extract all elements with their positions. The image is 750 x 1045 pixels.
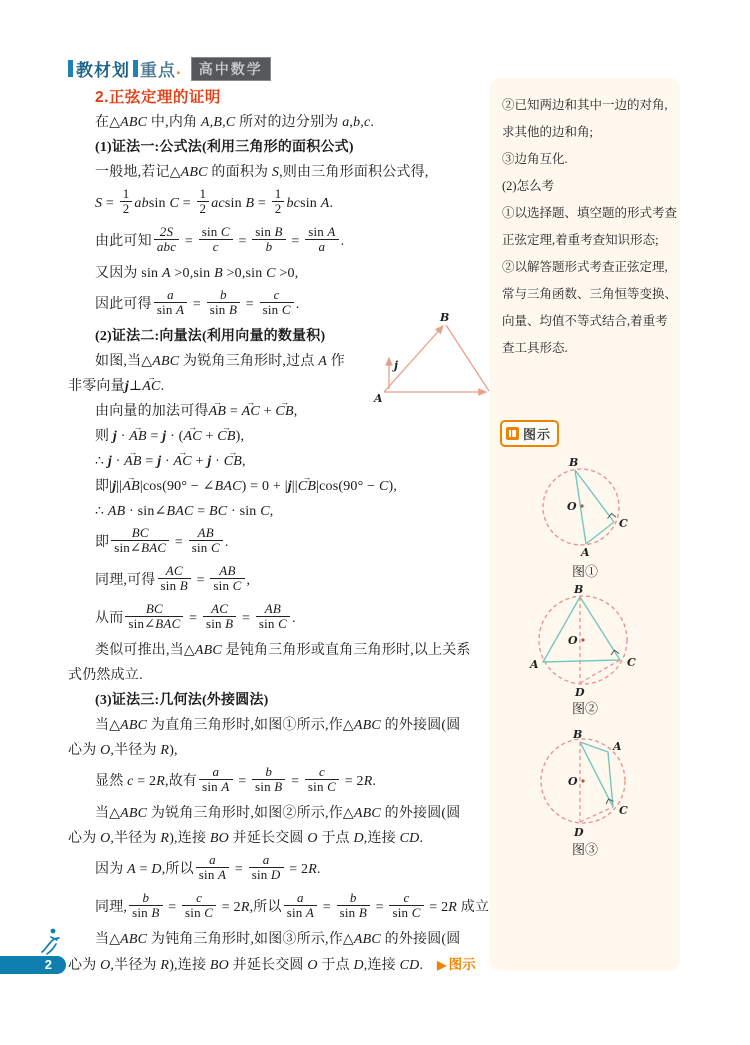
fraction: csin C [389, 891, 423, 921]
math-var: R [160, 743, 169, 758]
text-run: ,所以 [162, 862, 194, 877]
text-run: 并延长交圆 [229, 958, 307, 973]
math-var: A [176, 302, 184, 317]
text-run: = [319, 900, 335, 915]
vector-term: AB [122, 474, 140, 499]
math-var: BC [146, 601, 163, 616]
vector-term: AC [142, 374, 160, 399]
text-run: sin [300, 196, 321, 211]
text-run: sin [206, 616, 225, 631]
content-line: 因为 A = D,所以asin A = asin D = 2R. [68, 851, 498, 889]
fraction-denominator: c [199, 239, 233, 255]
math-var: C [169, 196, 179, 211]
text-run: sin [202, 224, 221, 239]
fraction: asin D [249, 853, 284, 883]
text-run: 从而 [95, 611, 123, 626]
text-run: . [317, 862, 321, 877]
text-run: = 2 [286, 862, 309, 877]
text-run: 当△ [95, 718, 120, 733]
text-run: sin∠ [128, 616, 155, 631]
subject-badge: 高中数学 [191, 57, 271, 81]
text-run: 即| [95, 479, 112, 494]
text-run: sin [259, 616, 278, 631]
math-var: b [350, 890, 357, 905]
brand-title-right: 重点 [140, 56, 176, 81]
text-run: . [225, 535, 229, 550]
fraction: asin A [196, 853, 229, 883]
text-run: 中,内角 [147, 115, 201, 130]
math-var: C [282, 302, 291, 317]
text-run: ⊥ [129, 379, 142, 394]
math-var: ABC [354, 932, 381, 947]
content-line: (1)证法一:公式法(利用三角形的面积公式) [68, 135, 498, 160]
text-run: >0,sin [171, 266, 214, 281]
text-run: 于点 [318, 958, 354, 973]
math-var: D [151, 862, 161, 877]
page-number-bar: 2 [0, 956, 66, 974]
math-var: B [180, 578, 188, 593]
center-label-o: O [567, 500, 577, 513]
text-run: = 2 [426, 900, 449, 915]
math-var: c [404, 890, 410, 905]
text-run: 如图,当△ [95, 354, 152, 369]
text-run: |cos(90° − [316, 479, 379, 494]
fraction: ACsin B [158, 564, 191, 594]
text-run: sin [199, 867, 218, 882]
text-run: 当△ [95, 932, 120, 947]
math-var: c [319, 764, 325, 779]
text-run: 式仍然成立. [68, 668, 143, 683]
content-line: 心为 O,半径为 R), [68, 738, 498, 763]
vertex-label-b: B [573, 583, 583, 596]
content-line: 显然 c = 2R,故有asin A = bsin B = csin C = 2… [68, 763, 498, 801]
circumcircle-acute-triangle-svg: B A C D O [523, 582, 647, 700]
text-run: ,连接 [364, 831, 400, 846]
content-line: 心为 O,半径为 R),连接 BO 并延长交圆 O 于点 D,连接 CD.▶图示 [68, 952, 498, 977]
fraction: ACsin B [203, 602, 236, 632]
fraction-denominator: sin C [210, 578, 244, 594]
fraction-numerator: 1 [197, 187, 210, 202]
math-var: A [218, 867, 226, 882]
vertex-label-d: D [573, 826, 584, 839]
content-line: (3)证法三:几何法(外接圆法) [68, 688, 498, 713]
text-run: , [270, 504, 274, 519]
math-var: AB [265, 601, 281, 616]
fraction-numerator: b [207, 288, 240, 303]
math-var: ABC [120, 718, 147, 733]
text-run: 心为 [68, 958, 100, 973]
math-var: B [214, 266, 223, 281]
brand-title-left: 教材划 [76, 56, 130, 81]
text-run: ),连接 [169, 958, 210, 973]
fraction-numerator: b [252, 765, 285, 780]
math-var: ABC [354, 718, 381, 733]
math-var: B [245, 196, 254, 211]
fraction: BCsin∠BAC [111, 526, 169, 556]
figure-link-label: 图示 [449, 957, 476, 972]
text-run: 非零向量 [68, 379, 125, 394]
fraction-numerator: a [196, 853, 229, 868]
math-var: C [260, 504, 270, 519]
text-run: = [194, 504, 210, 519]
text-run: sin [308, 224, 327, 239]
illustration-badge: 图示 [500, 420, 559, 447]
math-var: C [211, 540, 220, 555]
text-run: ), [169, 743, 178, 758]
fraction-denominator: sin B [252, 779, 285, 795]
math-var: D [271, 867, 281, 882]
math-var: BO [210, 831, 229, 846]
text-run: ,则由三角形面积公式得, [279, 165, 428, 180]
content-line: 同理,bsin B = csin C = 2R,所以asin A = bsin … [68, 889, 498, 927]
text-run: 因为 [95, 862, 127, 877]
text-run: sin [263, 302, 282, 317]
text-run: >0,sin [223, 266, 266, 281]
text-run: = [254, 196, 270, 211]
fraction: sin Cc [199, 225, 233, 255]
text-run: · sin∠ [125, 504, 166, 519]
text-run: = [238, 611, 254, 626]
text-run: 所对的边分别为 [235, 115, 342, 130]
math-var: A [221, 779, 229, 794]
text-run: + [202, 429, 218, 444]
math-var: b [220, 287, 227, 302]
circle-figure-1: B A C O 图① [490, 455, 680, 580]
note-line: 正弦定理,着重考查知识形态; [502, 227, 670, 254]
figure-link[interactable]: ▶图示 [437, 957, 476, 972]
vertex-label-d: D [574, 686, 585, 699]
note-line: 向量、均值不等式结合,着重考 [502, 308, 670, 335]
math-var: C [233, 578, 242, 593]
text-run: = 2 [341, 774, 364, 789]
text-run: sin [213, 578, 232, 593]
text-run: = [235, 234, 251, 249]
math-var: 2S [160, 224, 173, 239]
fraction-denominator: sin C [182, 905, 216, 921]
vector-term: CB [275, 399, 293, 424]
vector-term: CB [224, 449, 242, 474]
content-line: 一般地,若记△ABC 的面积为 S,则由三角形面积公式得, [68, 160, 498, 185]
math-var: b [142, 890, 149, 905]
section-title: 2.正弦定理的证明 [68, 86, 498, 110]
math-var: O [100, 958, 110, 973]
text-run: 作 [327, 354, 345, 369]
text-run: = [231, 862, 247, 877]
content-line: 同理,可得ACsin B = ABsin C, [68, 562, 498, 600]
fraction-denominator: 2 [197, 201, 210, 217]
fraction-numerator: c [305, 765, 339, 780]
note-line: 常与三角函数、三角恒等变换、 [502, 281, 670, 308]
fraction-denominator: sin B [129, 905, 162, 921]
fraction-numerator: 1 [120, 187, 133, 202]
fraction: bsin B [207, 288, 240, 318]
text-run: ∴ [95, 454, 108, 469]
math-var: B [275, 224, 283, 239]
text-run: 心为 [68, 743, 100, 758]
text-run: >0, [276, 266, 299, 281]
fraction: bsin B [252, 765, 285, 795]
math-var: ABC [354, 806, 381, 821]
math-var: bc [286, 196, 300, 211]
vector-j-label: j [392, 359, 398, 372]
text-run: 因此可得 [95, 297, 152, 312]
math-var: BAC [215, 479, 242, 494]
text-run: . [296, 297, 300, 312]
fraction-numerator: c [260, 288, 294, 303]
text-run: = [189, 297, 205, 312]
text-run: sin [161, 578, 180, 593]
text-run: 的面积为 [208, 165, 272, 180]
text-run: = 2 [218, 900, 241, 915]
figure-caption: 图② [490, 700, 680, 717]
fraction: csin C [305, 765, 339, 795]
text-run: ,半径为 [110, 831, 160, 846]
math-var: C [204, 905, 213, 920]
math-var: C [412, 905, 421, 920]
content-line: S = 12absin C = 12acsin B = 12bcsin A. [68, 185, 498, 223]
text-run: sin [192, 540, 211, 555]
text-run: . [419, 831, 423, 846]
content-line: 式仍然成立. [68, 663, 498, 688]
content-line: 从而BCsin∠BAC = ACsin B = ABsin C. [68, 600, 498, 638]
fraction-denominator: sin C [256, 616, 290, 632]
figure-gallery: B A C O 图① B A C D O 图② [490, 455, 680, 858]
text-run: ) = 0 + | [242, 479, 288, 494]
text-run: = 2 [134, 774, 157, 789]
fraction: csin C [260, 288, 294, 318]
fraction-denominator: sin C [260, 302, 294, 318]
note-line: (2)怎么考 [502, 173, 670, 200]
arrow-right-icon: ▶ [437, 958, 446, 972]
text-run: 的外接圆(圆 [381, 932, 461, 947]
content-line: 即BCsin∠BAC = ABsin C. [68, 524, 498, 562]
fraction-denominator: abc [154, 239, 179, 255]
text-run: (3)证法三:几何法(外接圆法) [95, 693, 269, 708]
fraction: BCsin∠BAC [125, 602, 183, 632]
fraction-denominator: sin D [249, 867, 284, 883]
figure-caption: 图① [490, 563, 680, 580]
fraction-numerator: 2S [154, 225, 179, 240]
fraction-numerator: sin C [199, 225, 233, 240]
math-var: AB [108, 504, 126, 519]
math-var: C [266, 266, 276, 281]
text-run: sin [252, 867, 271, 882]
math-var: A,B,C [201, 115, 235, 130]
text-run: 成立. [457, 900, 493, 915]
math-var: CD [400, 831, 420, 846]
math-var: R [241, 900, 250, 915]
text-run: 又因为 sin [95, 266, 162, 281]
fraction: asin A [199, 765, 232, 795]
fraction-numerator: a [154, 288, 187, 303]
book-page-icon [506, 427, 519, 440]
fraction-numerator: 1 [272, 187, 285, 202]
text-run: = [102, 196, 118, 211]
math-var: C [327, 779, 336, 794]
text-run: 显然 [95, 774, 127, 789]
math-var: A [318, 354, 327, 369]
math-var: a [167, 287, 174, 302]
text-run: 一般地,若记△ [95, 165, 181, 180]
text-run: sin [149, 196, 170, 211]
text-run: = [288, 234, 304, 249]
fraction-denominator: a [305, 239, 338, 255]
text-run: sin [287, 905, 306, 920]
math-var: D [353, 958, 363, 973]
text-run: . [419, 958, 423, 973]
text-run: ,连接 [364, 958, 400, 973]
math-var: A [327, 224, 335, 239]
text-run: (2)证法二:向量法(利用向量的数量积) [95, 329, 325, 344]
math-var: ABC [152, 354, 179, 369]
text-run: = [287, 774, 303, 789]
text-run: · sin [227, 504, 260, 519]
fraction-numerator: c [182, 891, 216, 906]
center-label-o: O [568, 775, 578, 788]
brand-header: 教材划 重点 . 高中数学 [68, 56, 271, 81]
content-line: 当△ABC 为锐角三角形时,如图②所示,作△ABC 的外接圆(圆 [68, 801, 498, 826]
text-run: 于点 [318, 831, 354, 846]
text-run: sin [392, 905, 411, 920]
text-run: ∴ [95, 504, 108, 519]
text-run: , [247, 573, 251, 588]
fraction-numerator: AB [256, 602, 290, 617]
fraction-denominator: sin B [207, 302, 240, 318]
vertex-label-c: C [619, 517, 628, 530]
fraction-denominator: 2 [120, 201, 133, 217]
math-var: AC [211, 601, 228, 616]
text-run: |cos(90° − ∠ [140, 479, 215, 494]
math-var: b [266, 239, 273, 254]
fraction-numerator: BC [125, 602, 183, 617]
text-run: + [192, 454, 208, 469]
page-number: 2 [45, 957, 52, 972]
text-run: = [185, 611, 201, 626]
note-line: ②已知两边和其中一边的对角, [502, 92, 670, 119]
math-var: BC [132, 525, 149, 540]
fraction: sin Bb [252, 225, 285, 255]
text-run: sin [340, 905, 359, 920]
text-run: = [147, 429, 163, 444]
text-run: = [181, 234, 197, 249]
fraction-numerator: AC [203, 602, 236, 617]
text-run: 为锐角三角形时,过点 [179, 354, 318, 369]
math-var: a [319, 239, 326, 254]
math-var: A [162, 266, 171, 281]
text-run: 在△ [95, 115, 120, 130]
figure-caption: 图③ [490, 841, 680, 858]
fraction: 12 [120, 187, 133, 217]
math-var: R [160, 958, 169, 973]
fraction-numerator: b [337, 891, 370, 906]
text-run: 为钝角三角形时,如图③所示,作△ [147, 932, 354, 947]
fraction-numerator: b [129, 891, 162, 906]
brand-dot: . [176, 59, 181, 79]
note-line: ③边角互化. [502, 146, 670, 173]
math-var: R [160, 831, 169, 846]
note-line: ②以解答题形式考查正弦定理, [502, 254, 670, 281]
text-run: 2 [123, 201, 130, 216]
math-var: AC [166, 563, 183, 578]
text-run: (1)证法一:公式法(利用三角形的面积公式) [95, 140, 354, 155]
math-var: O [100, 831, 110, 846]
fraction-denominator: sin B [203, 616, 236, 632]
fraction-numerator: sin A [305, 225, 338, 240]
math-var: BC [209, 504, 227, 519]
math-var: abc [157, 239, 176, 254]
text-run: 心为 [68, 831, 100, 846]
text-run: 2 [200, 201, 207, 216]
proof-text-block: 在△ABC 中,内角 A,B,C 所对的边分别为 a,b,c.(1)证法一:公式… [68, 110, 498, 977]
vector-term: AC [242, 399, 260, 424]
math-var: AB [219, 563, 235, 578]
text-run: sin [255, 779, 274, 794]
fraction-numerator: AB [189, 526, 223, 541]
content-line: 心为 O,半径为 R),连接 BO 并延长交圆 O 于点 D,连接 CD. [68, 826, 498, 851]
text-run: . [329, 196, 333, 211]
text-run: ,所以 [250, 900, 282, 915]
text-run: = [136, 862, 152, 877]
text-run: · [161, 454, 173, 469]
text-run: ), [388, 479, 397, 494]
fraction-numerator: a [199, 765, 232, 780]
math-var: ac [211, 196, 225, 211]
vector-triangle-svg: A B C j [372, 312, 502, 407]
math-var: ABC [195, 643, 222, 658]
text-run: sin [185, 905, 204, 920]
content-line: 当△ABC 为钝角三角形时,如图③所示,作△ABC 的外接圆(圆 [68, 927, 498, 952]
fraction: bsin B [337, 891, 370, 921]
content-line: 由此可知2Sabc = sin Cc = sin Bb = sin Aa. [68, 223, 498, 261]
vertex-label-b: B [568, 456, 578, 469]
text-run: = [171, 535, 187, 550]
math-var: ABC [120, 932, 147, 947]
fraction-numerator: AB [210, 564, 244, 579]
text-run: . [161, 379, 165, 394]
text-run: 同理,可得 [95, 573, 156, 588]
sidebar-panel: ②已知两边和其中一边的对角,求其他的边和角;③边角互化.(2)怎么考①以选择题、… [490, 78, 680, 971]
fraction-numerator: BC [111, 526, 169, 541]
fraction-denominator: sin A [196, 867, 229, 883]
circle-figure-3: B A C D O 图③ [490, 719, 680, 858]
text-run: + [260, 404, 276, 419]
text-run: sin [255, 224, 274, 239]
text-run: = [165, 900, 181, 915]
text-run: 则 [95, 429, 113, 444]
text-run: . [292, 611, 296, 626]
note-line: ①以选择题、填空题的形式考查 [502, 200, 670, 227]
math-var: BAC [141, 540, 166, 555]
text-run: sin [210, 302, 229, 317]
math-var: b [265, 764, 272, 779]
text-run: = [372, 900, 388, 915]
math-var: CD [400, 958, 420, 973]
center-label-o: O [568, 634, 578, 647]
math-var: a [263, 852, 270, 867]
math-var: ABC [181, 165, 208, 180]
fraction: ABsin C [210, 564, 244, 594]
text-run: 1 [200, 186, 207, 201]
math-var: D [353, 831, 363, 846]
text-run: 同理, [95, 900, 127, 915]
math-var: ABC [120, 806, 147, 821]
fraction-denominator: sin∠BAC [125, 616, 183, 632]
circle-figure-2: B A C D O 图② [490, 582, 680, 717]
fraction-numerator: AC [158, 564, 191, 579]
math-var: a [212, 764, 219, 779]
brand-bar-icon [133, 60, 138, 77]
math-var: ABC [120, 115, 147, 130]
